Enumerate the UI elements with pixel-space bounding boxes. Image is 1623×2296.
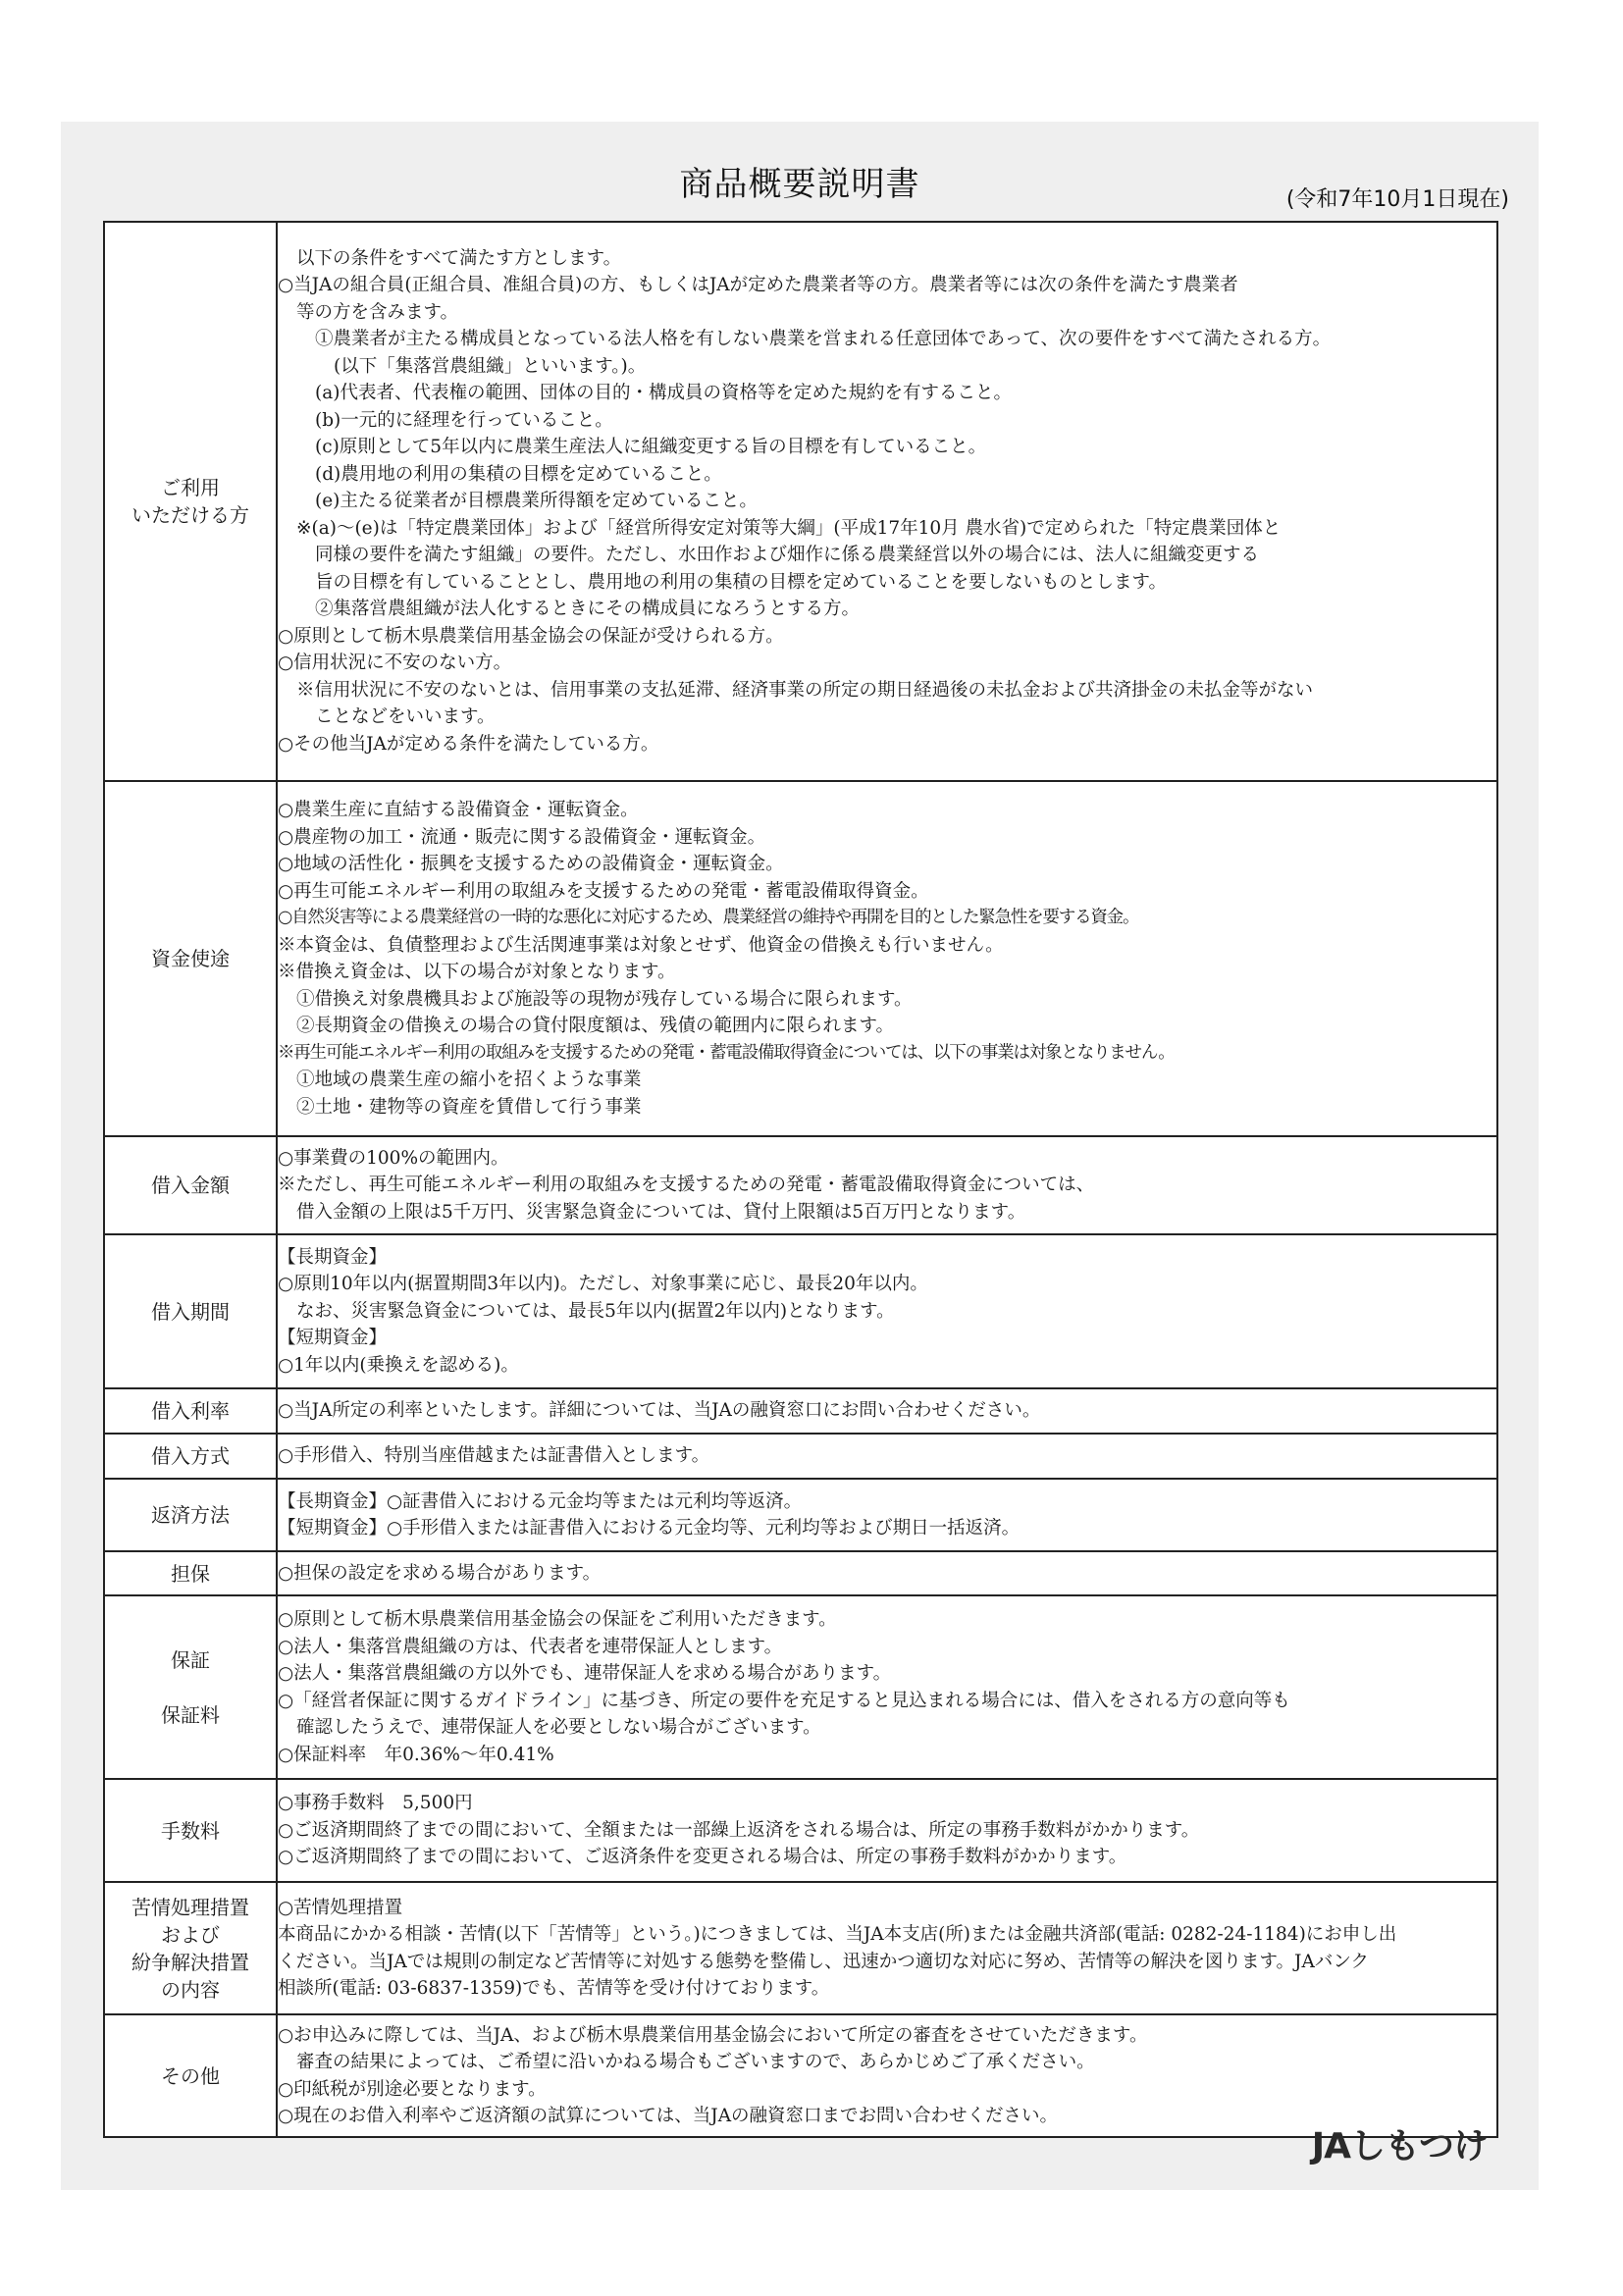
content-line: (d)農用地の利用の集積の目標を定めていること。 <box>278 461 1496 489</box>
row-content: 【長期資金】○証書借入における元金均等または元利均等返済。【短期資金】○手形借入… <box>277 1479 1497 1551</box>
content-line: (b)一元的に経理を行っていること。 <box>278 407 1496 435</box>
product-summary-table: ご利用いただける方以下の条件をすべて満たす方とします。○当JAの組合員(正組合員… <box>103 221 1498 2138</box>
content-line: 同様の要件を満たす組織」の要件。ただし、水田作および畑作に係る農業経営以外の場合… <box>278 542 1496 569</box>
content-line: 等の方を含みます。 <box>278 299 1496 327</box>
row-content: 以下の条件をすべて満たす方とします。○当JAの組合員(正組合員、准組合員)の方、… <box>277 222 1497 781</box>
table-row-complaint-handling: 苦情処理措置および紛争解決措置の内容○苦情処理措置本商品にかかる相談・苦情(以下… <box>104 1882 1497 2014</box>
content-line: ※本資金は、負債整理および生活関連事業は対象とせず、他資金の借換えも行いません。 <box>278 932 1496 960</box>
content-line: 本商品にかかる相談・苦情(以下「苦情等」という。)につきましては、当JA本支店(… <box>278 1921 1496 1949</box>
row-label: 苦情処理措置および紛争解決措置の内容 <box>104 1882 277 2014</box>
content-line: ○地域の活性化・振興を支援するための設備資金・運転資金。 <box>278 851 1496 878</box>
row-label-line: 借入期間 <box>105 1298 276 1326</box>
row-label-line: および <box>105 1921 276 1949</box>
table-row-loan-method: 借入方式○手形借入、特別当座借越または証書借入とします。 <box>104 1434 1497 1479</box>
content-line: 【長期資金】 <box>278 1244 1496 1272</box>
row-content: ○当JA所定の利率といたします。詳細については、当JAの融資窓口にお問い合わせく… <box>277 1388 1497 1434</box>
content-line: ○農業生産に直結する設備資金・運転資金。 <box>278 797 1496 824</box>
content-line: ○担保の設定を求める場合があります。 <box>278 1560 1496 1588</box>
row-label-line: 借入利率 <box>105 1397 276 1425</box>
content-line: ○ご返済期間終了までの間において、ご返済条件を変更される場合は、所定の事務手数料… <box>278 1844 1496 1871</box>
content-line: ※借換え資金は、以下の場合が対象となります。 <box>278 959 1496 986</box>
content-line: ○印紙税が別途必要となります。 <box>278 2076 1496 2104</box>
row-label-line: 資金使途 <box>105 945 276 972</box>
row-content: ○事務手数料 5,500円○ご返済期間終了までの間において、全額または一部繰上返… <box>277 1779 1497 1882</box>
content-line: ①地域の農業生産の縮小を招くような事業 <box>278 1067 1496 1094</box>
content-line: ○法人・集落営農組織の方以外でも、連帯保証人を求める場合があります。 <box>278 1660 1496 1688</box>
content-line: (c)原則として5年以内に農業生産法人に組織変更する旨の目標を有していること。 <box>278 434 1496 461</box>
content-line: ※信用状況に不安のないとは、信用事業の支払延滞、経済事業の所定の期日経過後の未払… <box>278 677 1496 704</box>
content-line: 旨の目標を有していることとし、農用地の利用の集積の目標を定めていることを要しない… <box>278 569 1496 597</box>
table-row-fund-purpose: 資金使途○農業生産に直結する設備資金・運転資金。○農産物の加工・流通・販売に関す… <box>104 781 1497 1136</box>
content-line: 借入金額の上限は5千万円、災害緊急資金については、貸付上限額は5百万円となります… <box>278 1199 1496 1226</box>
content-line: ○苦情処理措置 <box>278 1895 1496 1922</box>
row-label: 借入金額 <box>104 1136 277 1234</box>
content-line: 【短期資金】 <box>278 1325 1496 1352</box>
row-label: ご利用いただける方 <box>104 222 277 781</box>
table-row-eligibility: ご利用いただける方以下の条件をすべて満たす方とします。○当JAの組合員(正組合員… <box>104 222 1497 781</box>
row-label: 資金使途 <box>104 781 277 1136</box>
table-row-repayment-method: 返済方法【長期資金】○証書借入における元金均等または元利均等返済。【短期資金】○… <box>104 1479 1497 1551</box>
content-line: ことなどをいいます。 <box>278 704 1496 731</box>
content-line: 確認したうえで、連帯保証人を必要としない場合がございます。 <box>278 1714 1496 1742</box>
row-label: 借入期間 <box>104 1234 277 1388</box>
row-label-line: 借入方式 <box>105 1442 276 1470</box>
content-line: ②長期資金の借換えの場合の貸付限度額は、残債の範囲内に限られます。 <box>278 1013 1496 1040</box>
content-line: ○当JAの組合員(正組合員、准組合員)の方、もしくはJAが定めた農業者等の方。農… <box>278 272 1496 299</box>
row-label-line: 返済方法 <box>105 1501 276 1529</box>
content-line: ○信用状況に不安のない方。 <box>278 650 1496 677</box>
content-line: ○農産物の加工・流通・販売に関する設備資金・運転資金。 <box>278 824 1496 852</box>
content-line: ②土地・建物等の資産を賃借して行う事業 <box>278 1094 1496 1122</box>
content-line: ○当JA所定の利率といたします。詳細については、当JAの融資窓口にお問い合わせく… <box>278 1397 1496 1425</box>
row-label-line: 苦情処理措置 <box>105 1894 276 1921</box>
content-line: 以下の条件をすべて満たす方とします。 <box>278 245 1496 273</box>
row-content: ○原則として栃木県農業信用基金協会の保証をご利用いただきます。○法人・集落営農組… <box>277 1595 1497 1779</box>
document-sheet: 商品概要説明書 (令和7年10月1日現在) ご利用いただける方以下の条件をすべて… <box>61 122 1539 2190</box>
row-label-line: その他 <box>105 2062 276 2090</box>
row-content: ○事業費の100%の範囲内。※ただし、再生可能エネルギー利用の取組みを支援するた… <box>277 1136 1497 1234</box>
row-label: 手数料 <box>104 1779 277 1882</box>
row-label-line: 保証料 <box>105 1701 276 1729</box>
content-line: ○ご返済期間終了までの間において、全額または一部繰上返済をされる場合は、所定の事… <box>278 1817 1496 1845</box>
row-content: ○苦情処理措置本商品にかかる相談・苦情(以下「苦情等」という。)につきましては、… <box>277 1882 1497 2014</box>
row-content: ○農業生産に直結する設備資金・運転資金。○農産物の加工・流通・販売に関する設備資… <box>277 781 1497 1136</box>
row-label: 借入方式 <box>104 1434 277 1479</box>
table-row-loan-amount: 借入金額○事業費の100%の範囲内。※ただし、再生可能エネルギー利用の取組みを支… <box>104 1136 1497 1234</box>
content-line: ○法人・集落営農組織の方は、代表者を連帯保証人とします。 <box>278 1634 1496 1661</box>
as-of-date: (令和7年10月1日現在) <box>1286 183 1509 213</box>
row-label-line: 借入金額 <box>105 1172 276 1199</box>
content-line: ○「経営者保証に関するガイドライン」に基づき、所定の要件を充足すると見込まれる場… <box>278 1688 1496 1715</box>
brand-logo: JAしもつけ <box>1312 2118 1488 2168</box>
row-label: 返済方法 <box>104 1479 277 1551</box>
content-line: ○事務手数料 5,500円 <box>278 1790 1496 1817</box>
content-line: (以下「集落営農組織」といいます。)。 <box>278 353 1496 381</box>
content-line: ○原則として栃木県農業信用基金協会の保証が受けられる方。 <box>278 623 1496 651</box>
row-label-line <box>105 1674 276 1701</box>
content-line: ○事業費の100%の範囲内。 <box>278 1145 1496 1173</box>
row-label: 借入利率 <box>104 1388 277 1434</box>
row-label-line: 担保 <box>105 1560 276 1588</box>
content-line: ○自然災害等による農業経営の一時的な悪化に対応するため、農業経営の維持や再開を目… <box>278 905 1496 932</box>
content-line: ○保証料率 年0.36%～年0.41% <box>278 1742 1496 1769</box>
content-line: ○手形借入、特別当座借越または証書借入とします。 <box>278 1442 1496 1470</box>
content-line: 【長期資金】○証書借入における元金均等または元利均等返済。 <box>278 1488 1496 1516</box>
table-row-interest-rate: 借入利率○当JA所定の利率といたします。詳細については、当JAの融資窓口にお問い… <box>104 1388 1497 1434</box>
content-line: ○原則10年以内(据置期間3年以内)。ただし、対象事業に応じ、最長20年以内。 <box>278 1271 1496 1298</box>
table-row-collateral: 担保○担保の設定を求める場合があります。 <box>104 1551 1497 1595</box>
content-line: ○再生可能エネルギー利用の取組みを支援するための発電・蓄電設備取得資金。 <box>278 878 1496 906</box>
row-label: 保証保証料 <box>104 1595 277 1779</box>
content-line: ②集落営農組織が法人化するときにその構成員になろうとする方。 <box>278 596 1496 623</box>
table-row-fees: 手数料○事務手数料 5,500円○ご返済期間終了までの間において、全額または一部… <box>104 1779 1497 1882</box>
row-label-line: ご利用 <box>105 474 276 501</box>
row-label-line: 保証 <box>105 1646 276 1674</box>
table-row-guarantee: 保証保証料○原則として栃木県農業信用基金協会の保証をご利用いただきます。○法人・… <box>104 1595 1497 1779</box>
content-line: ①農業者が主たる構成員となっている法人格を有しない農業を営まれる任意団体であって… <box>278 326 1496 353</box>
row-label: その他 <box>104 2014 277 2137</box>
table-row-other: その他○お申込みに際しては、当JA、および栃木県農業信用基金協会において所定の審… <box>104 2014 1497 2137</box>
row-label-line: の内容 <box>105 1976 276 2004</box>
table-row-loan-period: 借入期間【長期資金】○原則10年以内(据置期間3年以内)。ただし、対象事業に応じ… <box>104 1234 1497 1388</box>
content-line: (e)主たる従業者が目標農業所得額を定めていること。 <box>278 488 1496 515</box>
row-content: ○担保の設定を求める場合があります。 <box>277 1551 1497 1595</box>
content-line: (a)代表者、代表権の範囲、団体の目的・構成員の資格等を定めた規約を有すること。 <box>278 380 1496 407</box>
row-label-line: 紛争解決措置 <box>105 1949 276 1976</box>
content-line: 相談所(電話: 03-6837-1359)でも、苦情等を受け付けております。 <box>278 1975 1496 2003</box>
content-line: ①借換え対象農機具および施設等の現物が残存している場合に限られます。 <box>278 986 1496 1014</box>
content-line: ※(a)～(e)は「特定農業団体」および「経営所得安定対策等大綱」(平成17年1… <box>278 515 1496 543</box>
content-line: 【短期資金】○手形借入または証書借入における元金均等、元利均等および期日一括返済… <box>278 1515 1496 1542</box>
content-line: なお、災害緊急資金については、最長5年以内(据置2年以内)となります。 <box>278 1298 1496 1326</box>
content-line: ○お申込みに際しては、当JA、および栃木県農業信用基金協会において所定の審査をさ… <box>278 2022 1496 2050</box>
row-label: 担保 <box>104 1551 277 1595</box>
content-line: ○原則として栃木県農業信用基金協会の保証をご利用いただきます。 <box>278 1606 1496 1634</box>
content-line: ※再生可能エネルギー利用の取組みを支援するための発電・蓄電設備取得資金については… <box>278 1040 1496 1068</box>
row-label-line: 手数料 <box>105 1817 276 1845</box>
content-line: ください。当JAでは規則の制定など苦情等に対処する態勢を整備し、迅速かつ適切な対… <box>278 1949 1496 1976</box>
content-line: ※ただし、再生可能エネルギー利用の取組みを支援するための発電・蓄電設備取得資金に… <box>278 1172 1496 1199</box>
row-content: 【長期資金】○原則10年以内(据置期間3年以内)。ただし、対象事業に応じ、最長2… <box>277 1234 1497 1388</box>
content-line: ○その他当JAが定める条件を満たしている方。 <box>278 731 1496 758</box>
row-label-line: いただける方 <box>105 501 276 529</box>
content-line: 審査の結果によっては、ご希望に沿いかねる場合もございますので、あらかじめご了承く… <box>278 2049 1496 2076</box>
row-content: ○手形借入、特別当座借越または証書借入とします。 <box>277 1434 1497 1479</box>
content-line: ○1年以内(乗換えを認める)。 <box>278 1352 1496 1380</box>
